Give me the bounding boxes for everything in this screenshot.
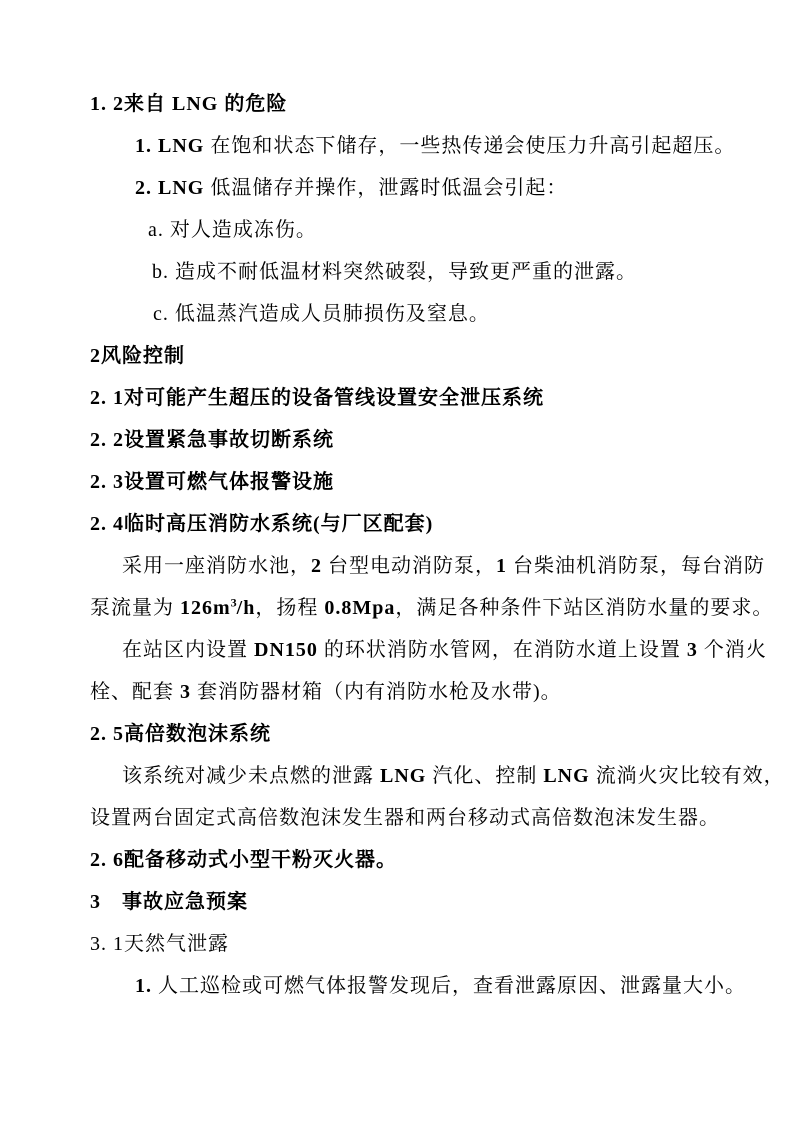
- text-line: 1. 人工巡检或可燃气体报警发现后，查看泄露原因、泄露量大小。: [90, 965, 713, 1007]
- text-line: 1. LNG 在饱和状态下储存，一些热传递会使压力升高引起超压。: [90, 125, 713, 167]
- text-line: 设置两台固定式高倍数泡沫发生器和两台移动式高倍数泡沫发生器。: [90, 797, 713, 839]
- text-run: 台柴油机消防泵，每台消防: [513, 555, 765, 577]
- heading-line: 2. 6配备移动式小型干粉灭火器。: [90, 839, 713, 881]
- text-line: 3. 1天然气泄露: [90, 923, 713, 965]
- text-run: 流淌火灾比较有效，: [596, 765, 785, 787]
- text-run: 2. 2设置紧急事故切断系统: [90, 429, 334, 451]
- text-run: 126m: [180, 597, 231, 619]
- text-run: 1. LNG: [135, 135, 210, 157]
- text-run: 2. 6配备移动式小型干粉灭火器。: [90, 849, 397, 871]
- text-run: c. 低温蒸汽造成人员肺损伤及窒息。: [153, 303, 490, 325]
- text-run: 设置两台固定式高倍数泡沫发生器和两台移动式高倍数泡沫发生器。: [90, 807, 720, 829]
- text-run: a. 对人造成冻伤。: [148, 219, 317, 241]
- text-run: LNG: [543, 765, 595, 787]
- text-line: a. 对人造成冻伤。: [90, 209, 713, 251]
- text-run: DN150: [254, 639, 324, 661]
- document-body: 1. 2来自 LNG 的危险1. LNG 在饱和状态下储存，一些热传递会使压力升…: [90, 83, 713, 1007]
- text-run: 个消火: [704, 639, 767, 661]
- text-run: 低温储存并操作，泄露时低温会引起：: [210, 177, 567, 199]
- text-run: 该系统对减少未点燃的泄露: [122, 765, 380, 787]
- text-run: 0.8Mpa: [324, 597, 395, 619]
- text-run: 2. 3设置可燃气体报警设施: [90, 471, 334, 493]
- text-run: 汽化、控制: [432, 765, 543, 787]
- text-line: b. 造成不耐低温材料突然破裂，导致更严重的泄露。: [90, 251, 713, 293]
- text-run: 1.: [135, 975, 158, 997]
- text-run: 2. 4临时高压消防水系统(与厂区配套): [90, 513, 433, 535]
- heading-line: 2. 3设置可燃气体报警设施: [90, 461, 713, 503]
- text-run: 套消防器材箱（内有消防水枪及水带)。: [197, 681, 562, 703]
- text-run: 2. LNG: [135, 177, 210, 199]
- text-run: ，扬程: [255, 597, 324, 619]
- text-run: 2. 1对可能产生超压的设备管线设置安全泄压系统: [90, 387, 544, 409]
- document-page: 1. 2来自 LNG 的危险1. LNG 在饱和状态下储存，一些热传递会使压力升…: [0, 0, 793, 1122]
- text-run: 人工巡检或可燃气体报警发现后，查看泄露原因、泄露量大小。: [158, 975, 746, 997]
- text-run: 栓、配套: [90, 681, 180, 703]
- text-run: 台型电动消防泵，: [328, 555, 496, 577]
- text-run: 3 事故应急预案: [90, 891, 248, 913]
- text-run: 1. 2来自 LNG 的危险: [90, 93, 287, 115]
- heading-line: 2. 1对可能产生超压的设备管线设置安全泄压系统: [90, 377, 713, 419]
- text-line: 采用一座消防水池，2 台型电动消防泵，1 台柴油机消防泵，每台消防: [90, 545, 713, 587]
- text-run: 3. 1天然气泄露: [90, 933, 229, 955]
- text-run: 3: [687, 639, 704, 661]
- heading-line: 3 事故应急预案: [90, 881, 713, 923]
- text-run: 的环状消防水管网，在消防水道上设置: [324, 639, 687, 661]
- text-line: 2. LNG 低温储存并操作，泄露时低温会引起：: [90, 167, 713, 209]
- heading-line: 2风险控制: [90, 335, 713, 377]
- heading-line: 2. 2设置紧急事故切断系统: [90, 419, 713, 461]
- text-run: 采用一座消防水池，: [122, 555, 311, 577]
- text-run: b. 造成不耐低温材料突然破裂，导致更严重的泄露。: [152, 261, 637, 283]
- text-run: 2风险控制: [90, 345, 185, 367]
- text-run: 在饱和状态下储存，一些热传递会使压力升高引起超压。: [210, 135, 735, 157]
- text-run: 1: [496, 555, 513, 577]
- text-line: c. 低温蒸汽造成人员肺损伤及窒息。: [90, 293, 713, 335]
- text-line: 泵流量为 126m3/h，扬程 0.8Mpa，满足各种条件下站区消防水量的要求。: [90, 587, 713, 629]
- heading-line: 1. 2来自 LNG 的危险: [90, 83, 713, 125]
- text-run: 在站区内设置: [122, 639, 254, 661]
- heading-line: 2. 4临时高压消防水系统(与厂区配套): [90, 503, 713, 545]
- text-run: 2. 5高倍数泡沫系统: [90, 723, 271, 745]
- text-line: 栓、配套 3 套消防器材箱（内有消防水枪及水带)。: [90, 671, 713, 713]
- text-run: /h: [237, 597, 256, 619]
- text-line: 该系统对减少未点燃的泄露 LNG 汽化、控制 LNG 流淌火灾比较有效，: [90, 755, 713, 797]
- text-run: ，满足各种条件下站区消防水量的要求。: [395, 597, 773, 619]
- text-run: 泵流量为: [90, 597, 180, 619]
- text-run: 2: [311, 555, 328, 577]
- text-line: 在站区内设置 DN150 的环状消防水管网，在消防水道上设置 3 个消火: [90, 629, 713, 671]
- heading-line: 2. 5高倍数泡沫系统: [90, 713, 713, 755]
- text-run: LNG: [380, 765, 432, 787]
- text-run: 3: [180, 681, 197, 703]
